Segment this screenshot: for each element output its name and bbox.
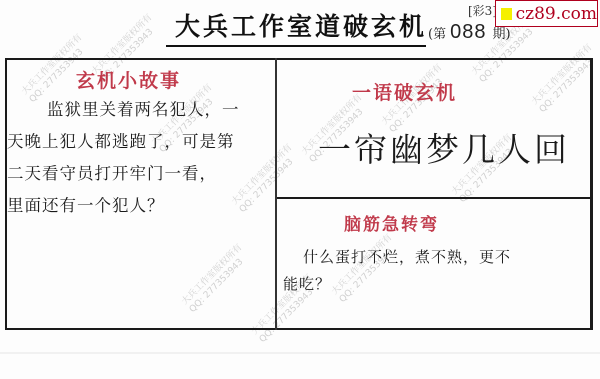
issue-prefix: (第 (428, 27, 446, 42)
lottery-sheet: 大兵工作室版权所有QQ: 277353943 大兵工作室版权所有QQ: 2773… (0, 0, 600, 379)
story-body: 监狱里关着两名犯人，一 天晚上犯人都逃跑了，可是第 二天看守员打开牢门一看， 里… (7, 94, 269, 222)
story-line: 天晚上犯人都逃跑了，可是第 (7, 126, 269, 158)
oneliner-title: 一语破玄机 (352, 78, 457, 105)
story-line: 里面还有一个犯人？ (7, 190, 269, 222)
riddle-line: 能吃？ (283, 271, 583, 298)
story-title: 玄机小故事 (76, 66, 181, 93)
riddle-title: 脑筋急转弯 (344, 210, 439, 235)
logo-text: cz89.com (516, 4, 597, 24)
title-underline (166, 45, 426, 47)
issue-number: 088 (450, 21, 486, 43)
story-line: 二天看守员打开牢门一看， (7, 158, 269, 190)
scan-artifact-line (0, 352, 600, 354)
story-line: 监狱里关着两名犯人，一 (7, 94, 269, 126)
logo-square-icon (501, 8, 512, 20)
issue-suffix: 期) (492, 27, 510, 42)
horizontal-divider (277, 197, 593, 199)
oneliner-answer: 一帘幽梦几人回 (318, 124, 570, 171)
riddle-body: 什么蛋打不烂，煮不熟，更不 能吃？ (283, 244, 583, 298)
site-logo[interactable]: cz89.com (495, 0, 598, 27)
page-title: 大兵工作室道破玄机 (172, 12, 430, 42)
riddle-line: 什么蛋打不烂，煮不熟，更不 (283, 244, 583, 271)
issue-top-fragment: [彩3] (468, 2, 497, 19)
vertical-divider (275, 58, 277, 330)
